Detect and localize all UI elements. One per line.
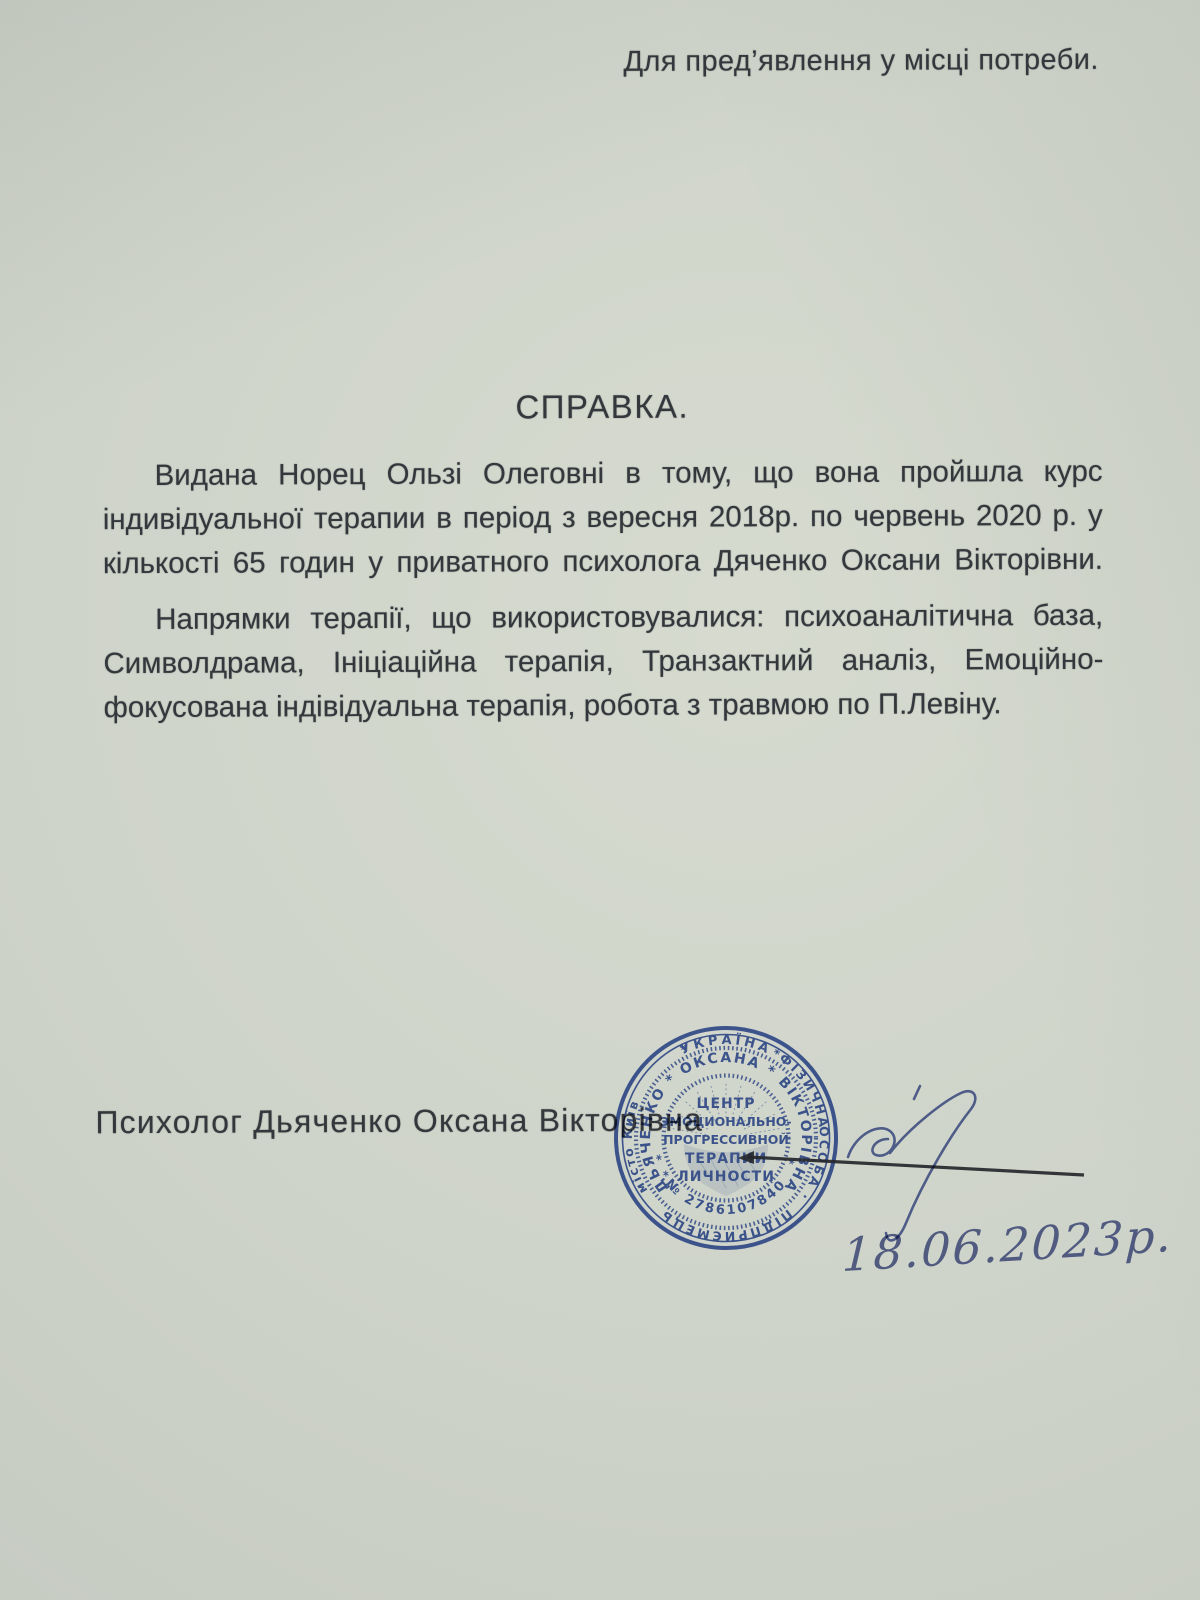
stamp-center-line-2: ЭМОЦИОНАЛЬНО- — [660, 1114, 791, 1129]
stamp-center-line-3: ПРОГРЕССИВНОЙ — [663, 1132, 789, 1147]
stamp-center-line-5: ЛИЧНОСТИ — [677, 1169, 775, 1185]
round-stamp: УКРАЇНА * * ФІЗИЧНА ОСОБА · ПІДПРИЄМЕЦЬ … — [608, 1020, 844, 1256]
paragraph-line: індивідуальної терапии в період з вересн… — [103, 494, 1103, 542]
paragraph-line: Напрямки терапії, що використовувалися: … — [103, 594, 1103, 642]
signature-tick-stroke — [914, 1086, 920, 1099]
paper-background: Для пред’явлення у місці потреби. СПРАВК… — [0, 0, 1200, 1600]
document-sheet: Для пред’явлення у місці потреби. СПРАВК… — [0, 0, 1200, 1600]
paragraph-2: Напрямки терапії, що використовувалися: … — [103, 594, 1104, 730]
stamp-center-line-1: ЦЕНТР — [696, 1096, 755, 1112]
paragraph-line: кількості 65 годин у приватного психолог… — [103, 538, 1103, 586]
paragraph-1: Видана Норец Ользі Олеговні в тому, що в… — [102, 450, 1103, 586]
paragraph-line: фокусована індівідуальна терапія, робота… — [103, 682, 1103, 730]
header-note: Для пред’явлення у місці потреби. — [623, 44, 1098, 79]
stamp-center-line-4: ТЕРАПИИ — [685, 1151, 767, 1167]
signature-loop-stroke — [886, 1091, 975, 1240]
signature-curl-stroke — [848, 1128, 895, 1157]
page-title: СПРАВКА. — [102, 386, 1102, 428]
paragraph-line: Символдрама, Ініціаційна терапія, Транза… — [103, 638, 1103, 686]
paragraph-line: Видана Норец Ользі Олеговні в тому, що в… — [102, 450, 1102, 498]
